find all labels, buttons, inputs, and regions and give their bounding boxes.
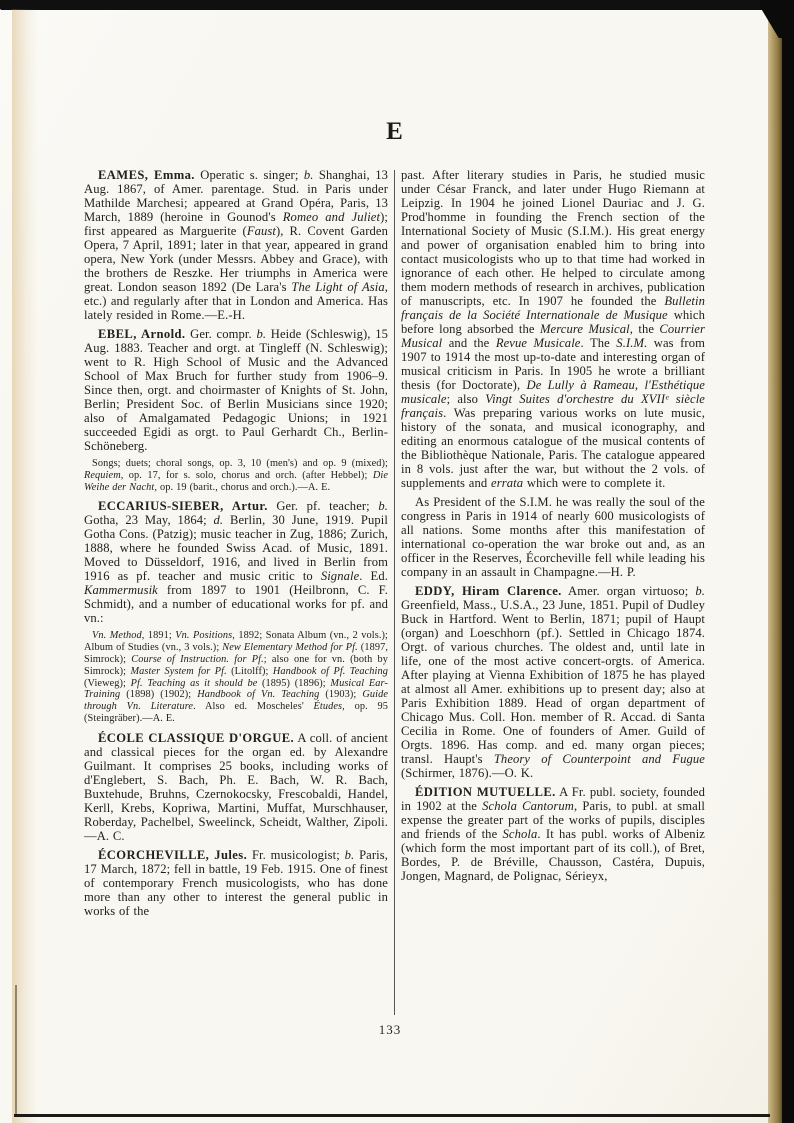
italic-text-run: Theory of Counterpoint and Fugue: [494, 752, 705, 766]
text-run: ; also: [447, 392, 486, 406]
italic-text-run: S.I.M.: [616, 336, 647, 350]
text-run: (1903);: [319, 689, 362, 700]
text-run: which were to complete it.: [523, 476, 665, 490]
italic-text-run: d.: [214, 513, 224, 527]
page-number: 133: [360, 1022, 420, 1038]
entry-headword: EAMES, Emma.: [98, 168, 195, 182]
entry-paragraph: EDDY, Hiram Clarence. Amer. organ virtuo…: [401, 584, 705, 780]
text-run: Heide (Schleswig), 15 Aug. 1883. Teacher…: [84, 327, 388, 453]
text-run: (Litolff);: [227, 666, 273, 677]
entry-paragraph: ECCARIUS-SIEBER, Artur. Ger. pf. teacher…: [84, 499, 388, 625]
text-run: . The: [580, 336, 616, 350]
italic-text-run: Revue Musicale: [496, 336, 581, 350]
entry-paragraph: ÉCORCHEVILLE, Jules. Fr. musicologist; b…: [84, 848, 388, 918]
text-run: (Vieweg);: [84, 678, 131, 689]
italic-text-run: New Elementary Method for Pf.: [222, 642, 358, 653]
two-column-text: EAMES, Emma. Operatic s. singer; b. Shan…: [84, 168, 706, 1015]
text-run: Greenfield, Mass., U.S.A., 23 June, 1851…: [401, 598, 705, 766]
works-list-paragraph: Songs; duets; choral songs, op. 3, 10 (m…: [84, 458, 388, 493]
text-run: , op. 19 (barit., chorus and orch.).—A. …: [154, 482, 330, 493]
italic-text-run: Romeo and Juliet: [283, 210, 380, 224]
left-column: EAMES, Emma. Operatic s. singer; b. Shan…: [84, 168, 388, 923]
scanned-book-page: E EAMES, Emma. Operatic s. singer; b. Sh…: [0, 0, 794, 1123]
text-run: Songs; duets; choral songs, op. 3, 10 (m…: [92, 458, 388, 469]
italic-text-run: errata: [491, 476, 523, 490]
text-run: (Schirmer, 1876).—O. K.: [401, 766, 533, 780]
italic-text-run: b.: [378, 499, 388, 513]
italic-text-run: Vn. Method: [92, 630, 142, 641]
italic-text-run: Faust: [247, 224, 276, 238]
scan-top-edge: [0, 0, 794, 10]
italic-text-run: b.: [345, 848, 355, 862]
text-run: , the: [630, 322, 660, 336]
scan-right-edge: [782, 0, 794, 1123]
text-run: Ger. compr.: [185, 327, 256, 341]
book-page-edge: [768, 9, 782, 1123]
column-divider-rule: [394, 170, 395, 1015]
italic-text-run: Pf. Teaching as it should be: [131, 678, 258, 689]
entry-headword: ECCARIUS-SIEBER, Artur.: [98, 499, 268, 513]
section-heading: E: [84, 118, 706, 146]
entry-headword: ÉCORCHEVILLE, Jules.: [98, 848, 247, 862]
entry-headword: EDDY, Hiram Clarence.: [415, 584, 562, 598]
page-gutter-shadow: [12, 9, 38, 1123]
text-run: Gotha, 23 May, 1864;: [84, 513, 214, 527]
right-column: past. After literary studies in Paris, h…: [401, 168, 705, 888]
entry-headword: EBEL, Arnold.: [98, 327, 185, 341]
page-content: E EAMES, Emma. Operatic s. singer; b. Sh…: [84, 118, 706, 1015]
italic-text-run: Schola: [503, 827, 538, 841]
text-run: A coll. of ancient and classical pieces …: [84, 731, 388, 843]
works-list-paragraph: Vn. Method, 1891; Vn. Positions, 1892; S…: [84, 630, 388, 724]
text-run: past. After literary studies in Paris, h…: [401, 168, 705, 308]
text-run: . Also ed. Moscheles': [193, 701, 313, 712]
entry-paragraph: EAMES, Emma. Operatic s. singer; b. Shan…: [84, 168, 388, 322]
italic-text-run: Schola Cantorum: [482, 799, 574, 813]
italic-text-run: Études: [314, 701, 343, 712]
entry-paragraph: ÉCOLE CLASSIQUE D'ORGUE. A coll. of anci…: [84, 731, 388, 843]
text-run: As President of the S.I.M. he was really…: [401, 495, 705, 579]
text-run: (1895) (1896);: [257, 678, 330, 689]
italic-text-run: Kammermusik: [84, 583, 158, 597]
entry-headword: ÉDITION MUTUELLE.: [415, 785, 556, 799]
italic-text-run: b.: [695, 584, 705, 598]
text-run: Ger. pf. teacher;: [268, 499, 379, 513]
entry-paragraph: EBEL, Arnold. Ger. compr. b. Heide (Schl…: [84, 327, 388, 453]
text-run: Fr. musicologist;: [247, 848, 344, 862]
italic-text-run: The Light of Asia: [291, 280, 384, 294]
italic-text-run: Handbook of Vn. Teaching: [197, 689, 319, 700]
text-run: , 1891;: [142, 630, 176, 641]
entry-paragraph: ÉDITION MUTUELLE. A Fr. publ. society, f…: [401, 785, 705, 883]
entry-paragraph: past. After literary studies in Paris, h…: [401, 168, 705, 490]
text-run: , op. 17, for s. solo, chorus and orch. …: [121, 470, 373, 481]
entry-headword: ÉCOLE CLASSIQUE D'ORGUE.: [98, 731, 294, 745]
text-run: . Ed.: [359, 569, 388, 583]
text-run: Amer. organ virtuoso;: [562, 584, 696, 598]
text-run: and the: [442, 336, 496, 350]
italic-text-run: Mercure Musical: [540, 322, 630, 336]
text-run: Operatic s. singer;: [195, 168, 304, 182]
italic-text-run: Signale: [321, 569, 359, 583]
italic-text-run: Handbook of Pf. Teaching: [273, 666, 388, 677]
text-run: (1898) (1902);: [120, 689, 197, 700]
scan-bottom-edge: [14, 1114, 770, 1117]
italic-text-run: Master System for Pf.: [130, 666, 226, 677]
italic-text-run: b.: [256, 327, 266, 341]
italic-text-run: Vn. Positions: [175, 630, 232, 641]
italic-text-run: Course of Instruction. for Pf.: [131, 654, 264, 665]
entry-paragraph: As President of the S.I.M. he was really…: [401, 495, 705, 579]
page-gutter-line: [15, 985, 17, 1115]
italic-text-run: Requiem: [84, 470, 121, 481]
